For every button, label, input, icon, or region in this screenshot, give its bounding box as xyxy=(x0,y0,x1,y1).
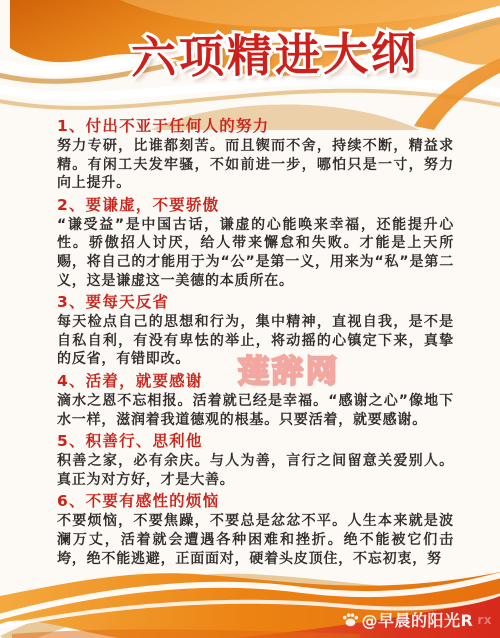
section-1-heading: 1、付出不亚于任何人的努力 xyxy=(57,116,454,136)
credit-suffix: rx xyxy=(477,613,492,627)
section-3: 3、要每天反省 每天检点自己的思想和行为，集中精神，直视自我，是不是自私自利，有… xyxy=(57,292,454,369)
section-5: 5、积善行、思利他 积善之家，必有余庆。与人为善，言行之间留意关爱别人。真正为对… xyxy=(57,431,454,489)
section-4-body: 滴水之恩不忘相报。活着就已经是幸福。“感谢之心”像地下水一样，滋润着我道德观的根… xyxy=(57,392,454,429)
credit-text: @早晨的阳光R xyxy=(362,608,474,631)
section-4-heading: 4、活着，就要感谢 xyxy=(57,371,454,391)
section-2-body: “谦受益”是中国古话，谦虚的心能唤来幸福，还能提升心性。骄傲招人讨厌，给人带来懈… xyxy=(57,216,454,290)
paw-icon xyxy=(342,611,359,628)
section-2: 2、要谦虚，不要骄傲 “谦受益”是中国古话，谦虚的心能唤来幸福，还能提升心性。骄… xyxy=(57,195,454,290)
sections-list: 1、付出不亚于任何人的努力 努力专研，比谁都刻苦。而且锲而不舍，持续不断，精益求… xyxy=(57,114,454,569)
poster-title-text: 六项精进大纲 xyxy=(108,27,443,85)
section-5-heading: 5、积善行、思利他 xyxy=(57,431,454,451)
credit-watermark: @早晨的阳光R rx xyxy=(342,608,493,631)
poster-title: 六项精进大纲 六项精进大纲 xyxy=(108,27,443,89)
section-1-body: 努力专研，比谁都刻苦。而且锲而不舍，持续不断，精益求精。有闲工夫发牢骚，不如前进… xyxy=(57,137,454,193)
section-3-body: 每天检点自己的思想和行为，集中精神，直视自我，是不是自私自利，有没有卑怯的举止，… xyxy=(57,313,454,369)
section-1: 1、付出不亚于任何人的努力 努力专研，比谁都刻苦。而且锲而不舍，持续不断，精益求… xyxy=(57,116,454,193)
section-2-heading: 2、要谦虚，不要骄傲 xyxy=(57,195,454,215)
section-6-heading: 6、不要有感性的烦恼 xyxy=(57,491,454,511)
section-3-heading: 3、要每天反省 xyxy=(57,292,454,312)
section-5-body: 积善之家，必有余庆。与人为善，言行之间留意关爱别人。真正为对方好，才是大善。 xyxy=(57,452,454,489)
poster-root: 六项精进大纲 六项精进大纲 1、付出不亚于任何人的努力 努力专研，比谁都刻苦。而… xyxy=(0,0,500,638)
section-4: 4、活着，就要感谢 滴水之恩不忘相报。活着就已经是幸福。“感谢之心”像地下水一样… xyxy=(57,371,454,429)
